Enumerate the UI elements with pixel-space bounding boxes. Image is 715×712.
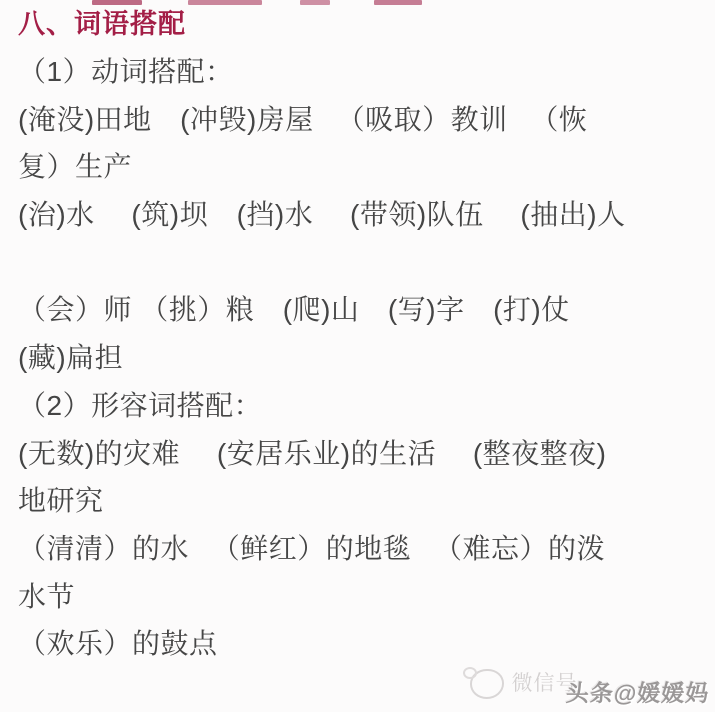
cartoon-face-icon [470, 669, 504, 699]
text-line: (治)水 (筑)坝 (挡)水 (带领)队伍 (抽出)人 [18, 191, 701, 239]
text-line: (无数)的灾难 (安居乐业)的生活 (整夜整夜) [18, 430, 701, 478]
watermark: 微信号 头条@媛媛妈 [470, 663, 709, 708]
toutiao-watermark-text: 头条@媛媛妈 [564, 675, 710, 708]
blank-line [18, 239, 701, 287]
subsection-heading: （1）动词搭配： [18, 48, 701, 96]
text-line: (淹没)田地 (冲毁)房屋 （吸取）教训 （恢 [18, 96, 701, 144]
text-block: （1）动词搭配： (淹没)田地 (冲毁)房屋 （吸取）教训 （恢 复）生产 (治… [18, 48, 701, 668]
text-line: （欢乐）的鼓点 [18, 620, 701, 668]
subsection-heading: （2）形容词搭配： [18, 382, 701, 430]
document-page: 八、词语搭配 （1）动词搭配： (淹没)田地 (冲毁)房屋 （吸取）教训 （恢 … [0, 0, 715, 712]
wechat-watermark-text: 微信号 [512, 667, 578, 697]
text-line: 水节 [18, 573, 701, 621]
document-body: 八、词语搭配 （1）动词搭配： (淹没)田地 (冲毁)房屋 （吸取）教训 （恢 … [18, 0, 701, 668]
text-line: （会）师 （挑）粮 (爬)山 (写)字 (打)仗 [18, 286, 701, 334]
text-line: 复）生产 [18, 143, 701, 191]
text-line: 地研究 [18, 477, 701, 525]
text-line: (藏)扁担 [18, 334, 701, 382]
section-title: 八、词语搭配 [18, 0, 701, 42]
text-line: （清清）的水 （鲜红）的地毯 （难忘）的泼 [18, 525, 701, 573]
